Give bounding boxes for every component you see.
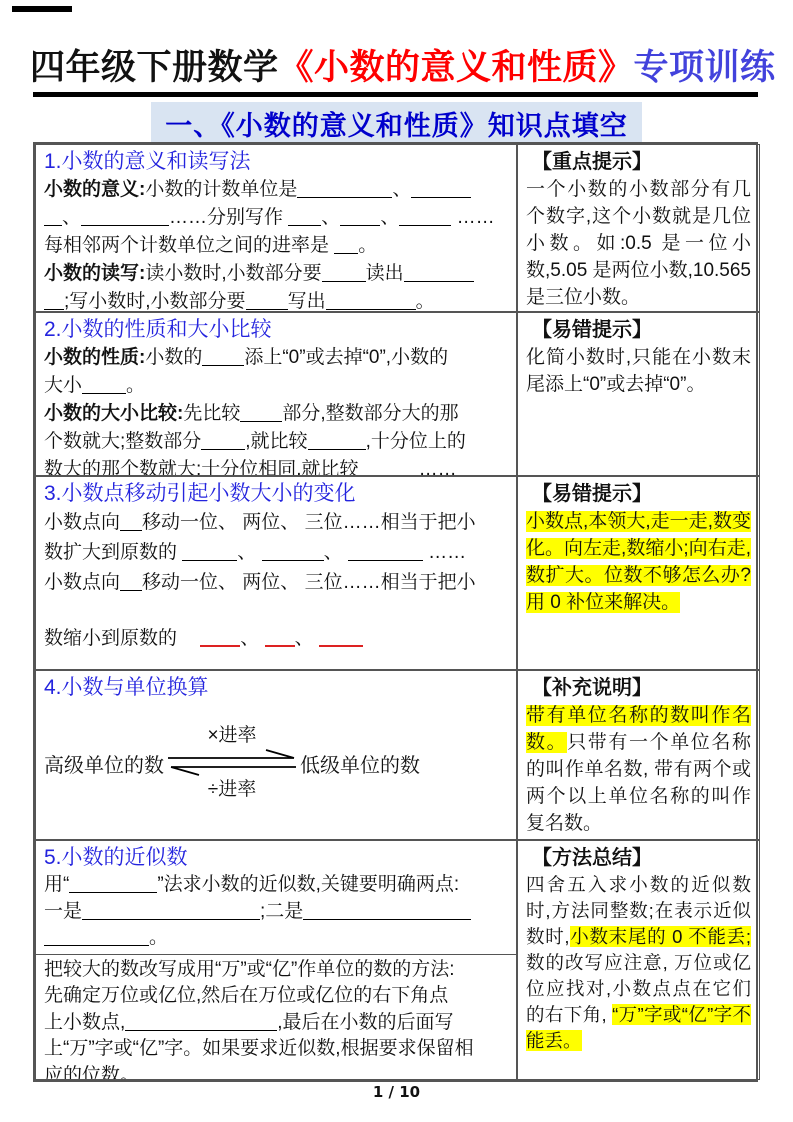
fill-in-blank: [44, 932, 149, 946]
title-blue-segment: 专项训练: [634, 48, 776, 87]
text-line: 数大的那个数就大;十分位相同,就比较……: [44, 456, 508, 476]
divide-rate-label: ÷进率: [208, 778, 256, 802]
text-line: 把较大的数改写成用“万”或“亿”作单位的数的方法:: [44, 957, 508, 984]
fill-in-blank: [44, 212, 62, 226]
text-run: 部分,整数部分大的那: [282, 403, 458, 424]
fill-in-blank: [404, 268, 474, 282]
text-line: 小数的性质:小数的添上“0”或去掉“0”,小数的: [44, 344, 508, 372]
fill-in-blank: [200, 633, 240, 647]
text-line: ;写小数时,小数部分要写出。: [44, 288, 508, 312]
text-run: ,就比较: [245, 431, 307, 452]
text-line: [44, 598, 508, 624]
tip-label-1: 【重点提示】: [526, 148, 751, 176]
section-body-3: 小数点向移动一位、 两位、 三位……相当于把小数扩大到原数的 、 、 ……小数点…: [44, 508, 508, 654]
text-run: ”法求小数的近似数,关键要明确两点:: [157, 874, 459, 895]
fill-in-blank: [82, 906, 260, 920]
scan-artifact-mark: [12, 6, 72, 12]
text-line: 小数的读写:读小数时,小数部分要读出: [44, 260, 508, 288]
text-line: 。: [44, 925, 508, 952]
text-line: 先确定万位或亿位,然后在万位或亿位的右下角点: [44, 983, 508, 1010]
fill-in-blank: [340, 212, 380, 226]
text-line: 小数的意义:小数的计数单位是、: [44, 176, 508, 204]
text-run: 每相邻两个计数单位之间的进率是: [44, 235, 334, 256]
text-run: 小数点向: [44, 512, 120, 533]
lower-unit-label: 低级单位的数: [300, 749, 420, 778]
text-line: 小数的大小比较:先比较部分,整数部分大的那: [44, 400, 508, 428]
text-run: ;二是: [260, 901, 303, 922]
fill-in-blank: [399, 212, 451, 226]
text-run: 用“: [44, 874, 69, 895]
text-run: 化简小数时,只能在小数末尾添上“0”或去掉“0”。: [526, 347, 751, 395]
fill-in-blank: [201, 436, 245, 450]
text-run: 写出: [288, 291, 326, 312]
worksheet-page: { "page": { "title_black": "四年级下册数学", "t…: [0, 0, 793, 1122]
text-run: 、: [62, 207, 81, 228]
text-run: 小数的读写:: [44, 263, 145, 284]
fill-in-blank: [297, 184, 392, 198]
text-run: 、: [321, 207, 340, 228]
tip-body-3: 小数点,本领大,走一走,数变化。向左走,数缩小;向右走,数扩大。位数不够怎么办?…: [526, 508, 751, 616]
knowledge-cell-2: 2.小数的性质和大小比较 小数的性质:小数的添上“0”或去掉“0”,小数的大小。…: [35, 312, 517, 476]
knowledge-cell-5: 5.小数的近似数 用“”法求小数的近似数,关键要明确两点:一是;二是。 把较大的…: [35, 840, 517, 1080]
fill-in-blank: [308, 436, 366, 450]
fill-in-blank: [120, 577, 142, 591]
fill-in-blank: [69, 879, 157, 893]
text-run: 小数点,本领大,走一走,数变化。向左走,数缩小;向右走,数扩大。位数不够怎么办?…: [526, 511, 751, 613]
text-run: 小数的: [145, 347, 202, 368]
text-run: 、: [392, 179, 411, 200]
text-line: 用“”法求小数的近似数,关键要明确两点:: [44, 872, 508, 899]
text-run: 、: [324, 542, 348, 563]
text-run: 。: [126, 375, 145, 396]
text-line: 数缩小到原数的 、 、: [44, 624, 508, 654]
text-run: 先比较: [183, 403, 240, 424]
fill-in-blank: [202, 352, 244, 366]
unit-conversion-diagram: 高级单位的数 ×进率 ÷进率 低级单位的数: [44, 724, 508, 802]
text-run: 移动一位、 两位、 三位……相当于把小: [142, 572, 476, 593]
text-run: 小数的计数单位是: [145, 179, 297, 200]
tip-cell-5: 【方法总结】 四舍五入求小数的近似数时,方法同整数;在表示近似数时,小数末尾的 …: [517, 840, 760, 1080]
text-run: ……分别写作: [169, 207, 288, 228]
tip-body-4: 带有单位名称的数叫作名数。只带有一个单位名称的叫作单名数, 带有两个或两个以上单…: [526, 702, 751, 837]
text-run: 上“万”字或“亿”字。如果要求近似数,根据要求保留相: [44, 1038, 474, 1059]
fill-in-blank: [44, 296, 64, 310]
tip-label-4: 【补充说明】: [526, 674, 751, 702]
text-run: 先确定万位或亿位,然后在万位或亿位的右下角点: [44, 985, 448, 1006]
tip-cell-1: 【重点提示】 一个小数的小数部分有几个数字,这个小数就是几位小数。如:0.5 是…: [517, 144, 760, 312]
text-line: 上“万”字或“亿”字。如果要求近似数,根据要求保留相: [44, 1036, 508, 1063]
tip-cell-2: 【易错提示】 化简小数时,只能在小数末尾添上“0”或去掉“0”。: [517, 312, 760, 476]
section-body-2: 小数的性质:小数的添上“0”或去掉“0”,小数的大小。小数的大小比较:先比较部分…: [44, 344, 508, 476]
text-run: 个数就大;整数部分: [44, 431, 201, 452]
text-line: 小数点向移动一位、 两位、 三位……相当于把小: [44, 508, 508, 538]
fill-in-blank: [288, 212, 321, 226]
fill-in-blank: [246, 296, 288, 310]
tip-label-2: 【易错提示】: [526, 316, 751, 344]
text-run: 把较大的数改写成用“万”或“亿”作单位的数的方法:: [44, 959, 455, 980]
fill-in-blank: [120, 517, 142, 531]
text-run: ……: [451, 207, 494, 228]
text-run: 大小: [44, 375, 82, 396]
fill-in-blank: [125, 1017, 277, 1031]
text-line: 每相邻两个计数单位之间的进率是 。: [44, 232, 508, 260]
fill-in-blank: [81, 212, 169, 226]
text-run: 、: [237, 542, 261, 563]
text-run: ,最后在小数的后面写: [277, 1012, 453, 1033]
text-run: 、: [380, 207, 399, 228]
knowledge-cell-3: 3.小数点移动引起小数大小的变化 小数点向移动一位、 两位、 三位……相当于把小…: [35, 476, 517, 670]
text-run: 添上“0”或去掉“0”,小数的: [244, 347, 448, 368]
text-run: 小数点向: [44, 572, 120, 593]
text-run: ,十分位上的: [366, 431, 466, 452]
tip-label-5: 【方法总结】: [526, 844, 751, 872]
cell-inner-divider: [36, 954, 516, 955]
conversion-arrows-group: ×进率 ÷进率: [166, 724, 298, 802]
text-run: 。: [358, 235, 377, 256]
subtitle-row: 一、《小数的意义和性质》知识点填空: [0, 102, 793, 145]
fill-in-blank: [334, 240, 358, 254]
text-run: 、: [295, 628, 319, 649]
text-run: ……: [423, 542, 466, 563]
tip-cell-3: 【易错提示】 小数点,本领大,走一走,数变化。向左走,数缩小;向右走,数扩大。位…: [517, 476, 760, 670]
fill-in-blank: [322, 268, 366, 282]
spacer: [359, 473, 419, 475]
spacer: [182, 642, 200, 644]
multiply-rate-label: ×进率: [207, 724, 256, 748]
text-line: 大小。: [44, 372, 508, 400]
title-double-rule: [33, 92, 758, 97]
text-line: 应的位数。: [44, 1063, 508, 1081]
section-heading-5: 5.小数的近似数: [44, 843, 508, 872]
text-run: 读小数时,小数部分要: [145, 263, 321, 284]
text-run: 。: [149, 927, 168, 948]
text-run: 应的位数。: [44, 1065, 139, 1081]
fill-in-blank: [326, 296, 416, 310]
text-run: 小数的意义:: [44, 179, 145, 200]
text-line: 上小数点,,最后在小数的后面写: [44, 1010, 508, 1037]
text-run: 读出: [366, 263, 404, 284]
text-run: 、: [240, 628, 264, 649]
fill-in-blank: [319, 633, 363, 647]
text-run: 一个小数的小数部分有几个数字,这个小数就是几位小数。如:0.5 是一位小数,5.…: [526, 179, 751, 308]
text-line: 个数就大;整数部分,就比较,十分位上的: [44, 428, 508, 456]
text-run: 数扩大到原数的: [44, 542, 182, 563]
text-run: ……: [419, 459, 457, 476]
fill-in-blank: [303, 906, 471, 920]
fill-in-blank: [265, 633, 295, 647]
fill-in-blank: [411, 184, 471, 198]
tip-body-1: 一个小数的小数部分有几个数字,这个小数就是几位小数。如:0.5 是一位小数,5.…: [526, 176, 751, 311]
fill-in-blank: [182, 547, 237, 561]
section-heading-3: 3.小数点移动引起小数大小的变化: [44, 479, 508, 508]
title-red-segment: 《小数的意义和性质》: [279, 48, 634, 87]
tip-label-3: 【易错提示】: [526, 480, 751, 508]
page-title: 四年级下册数学《小数的意义和性质》专项训练: [30, 40, 763, 90]
tip-body-2: 化简小数时,只能在小数末尾添上“0”或去掉“0”。: [526, 344, 751, 398]
section-heading-4: 4.小数与单位换算: [44, 673, 508, 702]
text-run: ;写小数时,小数部分要: [64, 291, 246, 312]
tip-body-5: 四舍五入求小数的近似数时,方法同整数;在表示近似数时,小数末尾的 0 不能丢;数…: [526, 872, 751, 1054]
fill-in-blank: [240, 408, 282, 422]
text-line: 小数点向移动一位、 两位、 三位……相当于把小: [44, 568, 508, 598]
text-line: 、……分别写作 、、 ……: [44, 204, 508, 232]
text-run: 上小数点,: [44, 1012, 125, 1033]
section-subtitle: 一、《小数的意义和性质》知识点填空: [151, 102, 642, 145]
text-run: 。: [416, 291, 435, 312]
text-line: 一是;二是: [44, 899, 508, 926]
text-run: 小数的性质:: [44, 347, 145, 368]
section-heading-2: 2.小数的性质和大小比较: [44, 315, 508, 344]
section-body-5a: 用“”法求小数的近似数,关键要明确两点:一是;二是。: [44, 872, 508, 952]
section-body-1: 小数的意义:小数的计数单位是、、……分别写作 、、 ……每相邻两个计数单位之间的…: [44, 176, 508, 312]
knowledge-cell-4: 4.小数与单位换算 高级单位的数 ×进率 ÷进率 低级单位的数: [35, 670, 517, 840]
text-run: 数缩小到原数的: [44, 628, 182, 649]
text-run: 数大的那个数就大;十分位相同,就比较: [44, 459, 359, 476]
fill-in-blank: [262, 547, 324, 561]
tip-cell-4: 【补充说明】 带有单位名称的数叫作名数。只带有一个单位名称的叫作单名数, 带有两…: [517, 670, 760, 840]
knowledge-points-table: 1.小数的意义和读写法 小数的意义:小数的计数单位是、、……分别写作 、、 ………: [33, 142, 758, 1082]
higher-unit-label: 高级单位的数: [44, 749, 164, 778]
page-number: 1 / 10: [0, 1083, 793, 1101]
double-arrow-icon: [166, 748, 298, 778]
fill-in-blank: [82, 380, 126, 394]
fill-in-blank: [348, 547, 423, 561]
section-heading-1: 1.小数的意义和读写法: [44, 147, 508, 176]
title-black-segment: 四年级下册数学: [30, 48, 279, 87]
section-body-5b: 把较大的数改写成用“万”或“亿”作单位的数的方法:先确定万位或亿位,然后在万位或…: [44, 957, 508, 1081]
text-line: 数扩大到原数的 、 、 ……: [44, 538, 508, 568]
knowledge-cell-1: 1.小数的意义和读写法 小数的意义:小数的计数单位是、、……分别写作 、、 ………: [35, 144, 517, 312]
text-run: 移动一位、 两位、 三位……相当于把小: [142, 512, 476, 533]
text-run: 一是: [44, 901, 82, 922]
text-run: 小数末尾的 0 不能丢;: [570, 926, 751, 947]
text-run: 小数的大小比较:: [44, 403, 183, 424]
